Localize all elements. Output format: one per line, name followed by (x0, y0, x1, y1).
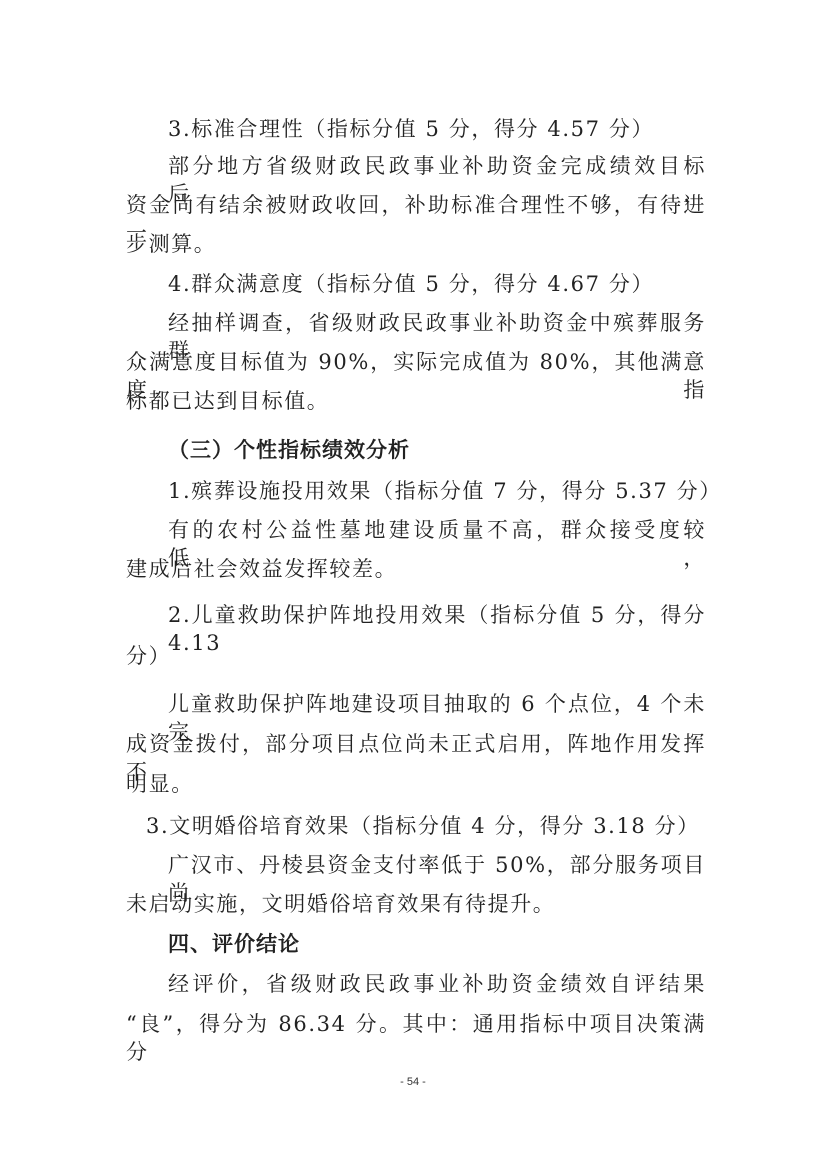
page-number: - 54 - (0, 1076, 826, 1088)
paragraph-line: 标都已达到目标值。 (126, 387, 706, 415)
paragraph-line: 分） (126, 642, 706, 670)
section-heading-individual-indicators: （三）个性指标绩效分析 (168, 436, 748, 464)
subsection-heading-standard-rationality: 3.标准合理性（指标分值 5 分，得分 4.57 分） (168, 115, 748, 143)
document-page: 3.标准合理性（指标分值 5 分，得分 4.57 分） 部分地方省级财政民政事业… (0, 0, 826, 1169)
subsection-heading-public-satisfaction: 4.群众满意度（指标分值 5 分，得分 4.67 分） (168, 270, 748, 298)
paragraph-line: 建成后社会效益发挥较差。 (126, 555, 706, 583)
paragraph-line: 步测算。 (126, 230, 706, 258)
paragraph-line: 经评价，省级财政民政事业补助资金绩效自评结果 (168, 970, 706, 998)
subsection-heading-funeral-facilities: 1.殡葬设施投用效果（指标分值 7 分，得分 5.37 分） (168, 477, 748, 505)
paragraph-line: “良”，得分为 86.34 分。其中：通用指标中项目决策满分 (126, 1010, 706, 1066)
paragraph-line: 未启动实施，文明婚俗培育效果有待提升。 (126, 890, 706, 918)
section-heading-evaluation-conclusion: 四、评价结论 (168, 930, 748, 958)
paragraph-line: 明显。 (126, 770, 706, 798)
subsection-heading-marriage-customs: 3.文明婚俗培育效果（指标分值 4 分，得分 3.18 分） (146, 812, 726, 840)
